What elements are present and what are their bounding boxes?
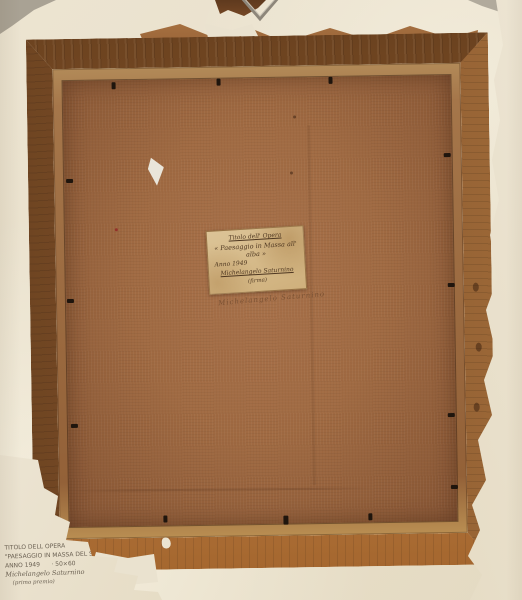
nail [163,515,167,522]
hanging-ring-icon [238,0,282,22]
nail [283,516,288,525]
nail [216,79,220,86]
wormhole [474,403,480,412]
nail [368,513,372,520]
backdrop-corner-top-left [0,0,60,38]
nail [67,299,74,303]
framed-painting-verso-photo: Titolo dell' Opera « Paesaggio in Massa … [0,0,522,600]
nail [66,179,73,183]
board-stain-dot [290,171,293,174]
nail [112,82,116,89]
nail [448,413,455,417]
paint-chip [162,537,171,548]
board-stain-dot [293,115,296,118]
board-crease [73,487,373,492]
nail [71,424,78,428]
nail [328,77,332,84]
artwork-label: Titolo dell' Opera « Paesaggio in Massa … [206,225,308,295]
wooden-frame: Titolo dell' Opera « Paesaggio in Massa … [26,32,496,571]
nail [444,153,451,157]
red-paint-speck [115,228,118,231]
nail [448,283,455,287]
wormhole [473,283,479,292]
nail [451,485,458,489]
board-streak [307,125,316,485]
wormhole [476,343,482,352]
